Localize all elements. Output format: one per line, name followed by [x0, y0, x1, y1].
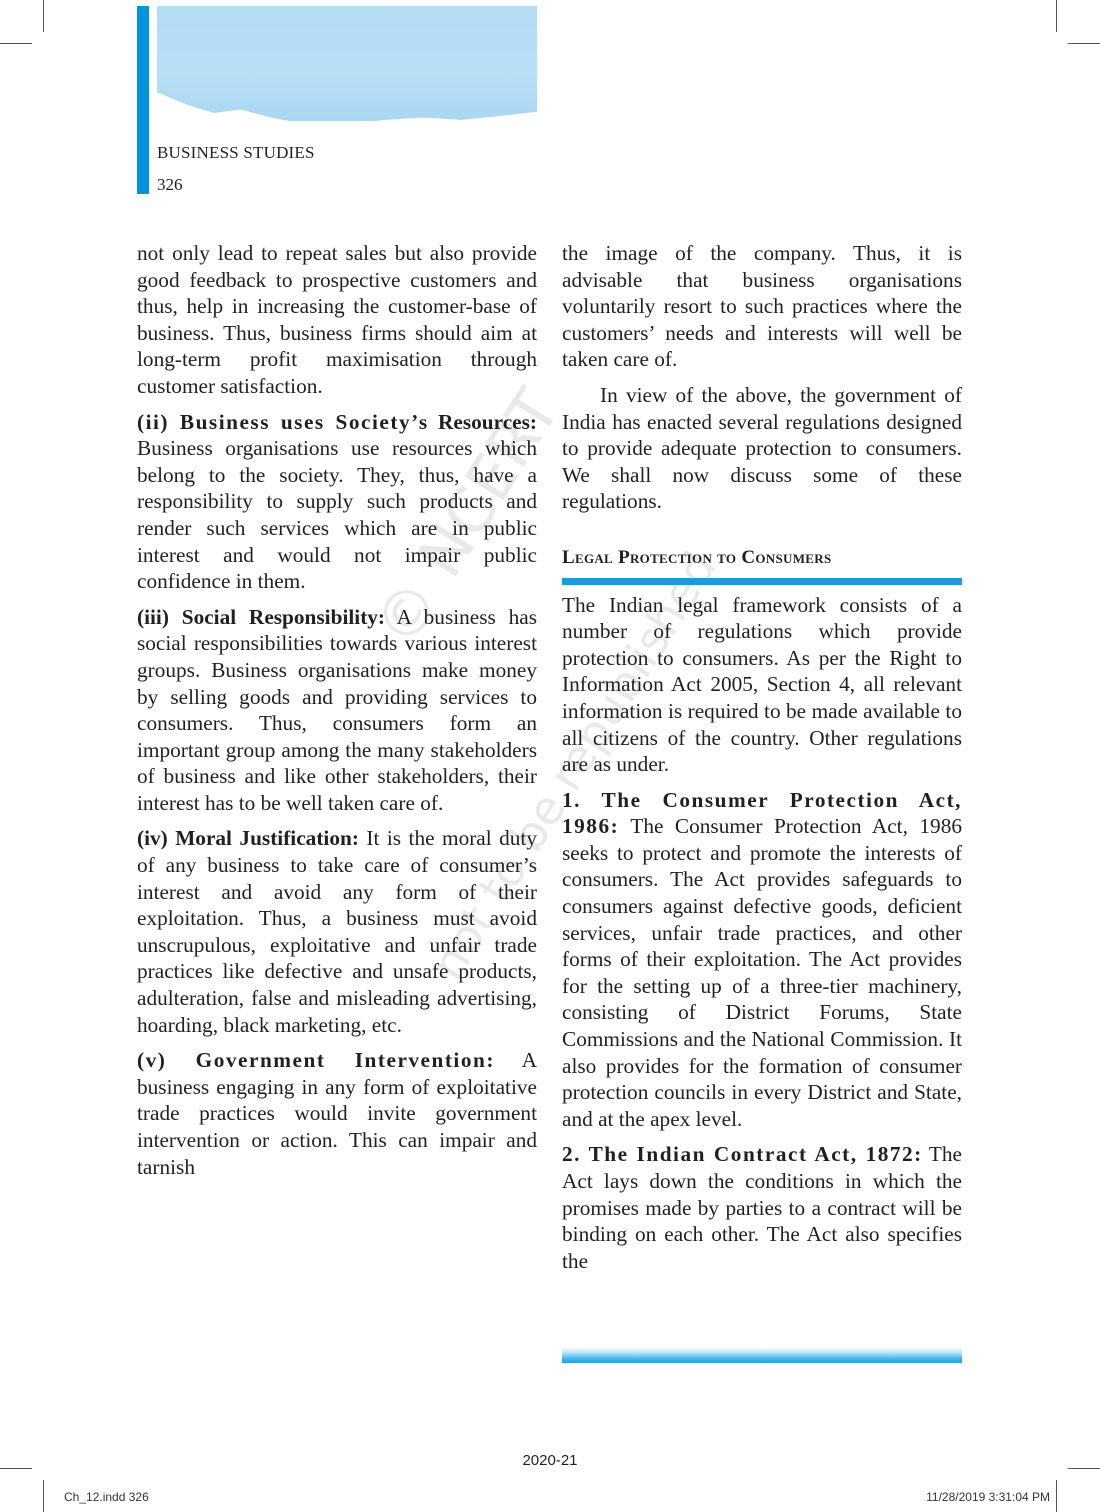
item-text: It is the moral duty of any business to … [137, 826, 537, 1036]
continuation-paragraph: the image of the company. Thus, it is ad… [562, 240, 962, 373]
left-column: not only lead to repeat sales but also p… [137, 240, 537, 1187]
print-slug-timestamp: 11/28/2019 3:31:04 PM [926, 1490, 1050, 1504]
section-heading: Legal Protection to Consumers [562, 545, 962, 572]
act-heading: 2. The Indian Contract Act, 1872: [562, 1142, 923, 1166]
page-number: 326 [157, 175, 183, 195]
act-text: The Consumer Protection Act, 1986 seeks … [562, 814, 962, 1131]
crop-mark-top-left-horizontal [0, 43, 32, 44]
crop-mark-top-right-vertical [1056, 0, 1057, 32]
act-consumer-protection: 1. The Consumer Protection Act, 1986: Th… [562, 787, 962, 1133]
item-heading: (iv) Moral Justification: [137, 826, 359, 850]
crop-mark-bottom-right-vertical [1056, 1480, 1057, 1512]
item-heading: (iii) Social Responsibility: [137, 605, 385, 629]
running-header-subject: BUSINESS STUDIES [157, 143, 315, 163]
item-heading: (v) Government Intervention: [137, 1048, 495, 1072]
crop-mark-top-left-vertical [43, 0, 44, 32]
item-text: A business has social responsibilities t… [137, 605, 537, 815]
section-heading-rule [562, 578, 962, 585]
intro-paragraph: In view of the above, the government of … [562, 382, 962, 515]
list-item-moral-justification: (iv) Moral Justification: It is the mora… [137, 825, 537, 1038]
section-intro-paragraph: The Indian legal framework consists of a… [562, 592, 962, 778]
header-watercolor-banner [157, 6, 537, 121]
item-heading: (ii) Business uses Society’s [137, 410, 429, 434]
header-accent-bar [137, 6, 149, 194]
list-item-government-intervention: (v) Government Intervention: A business … [137, 1047, 537, 1180]
crop-mark-top-right-horizontal [1068, 43, 1100, 44]
right-column: the image of the company. Thus, it is ad… [562, 240, 962, 1281]
crop-mark-bottom-left-vertical [43, 1480, 44, 1512]
list-item-social-responsibility: (iii) Social Responsibility: A business … [137, 604, 537, 817]
item-text: Business organisations use resources whi… [137, 436, 537, 593]
item-heading-cont: Resources: [438, 410, 537, 434]
edition-year: 2020-21 [0, 1452, 1100, 1469]
print-slug-file: Ch_12.indd 326 [64, 1490, 149, 1504]
list-item-society-resources: (ii) Business uses Society’s Resources: … [137, 409, 537, 595]
act-indian-contract: 2. The Indian Contract Act, 1872: The Ac… [562, 1141, 962, 1274]
continuation-paragraph: not only lead to repeat sales but also p… [137, 240, 537, 400]
column-end-rule [562, 1347, 962, 1363]
